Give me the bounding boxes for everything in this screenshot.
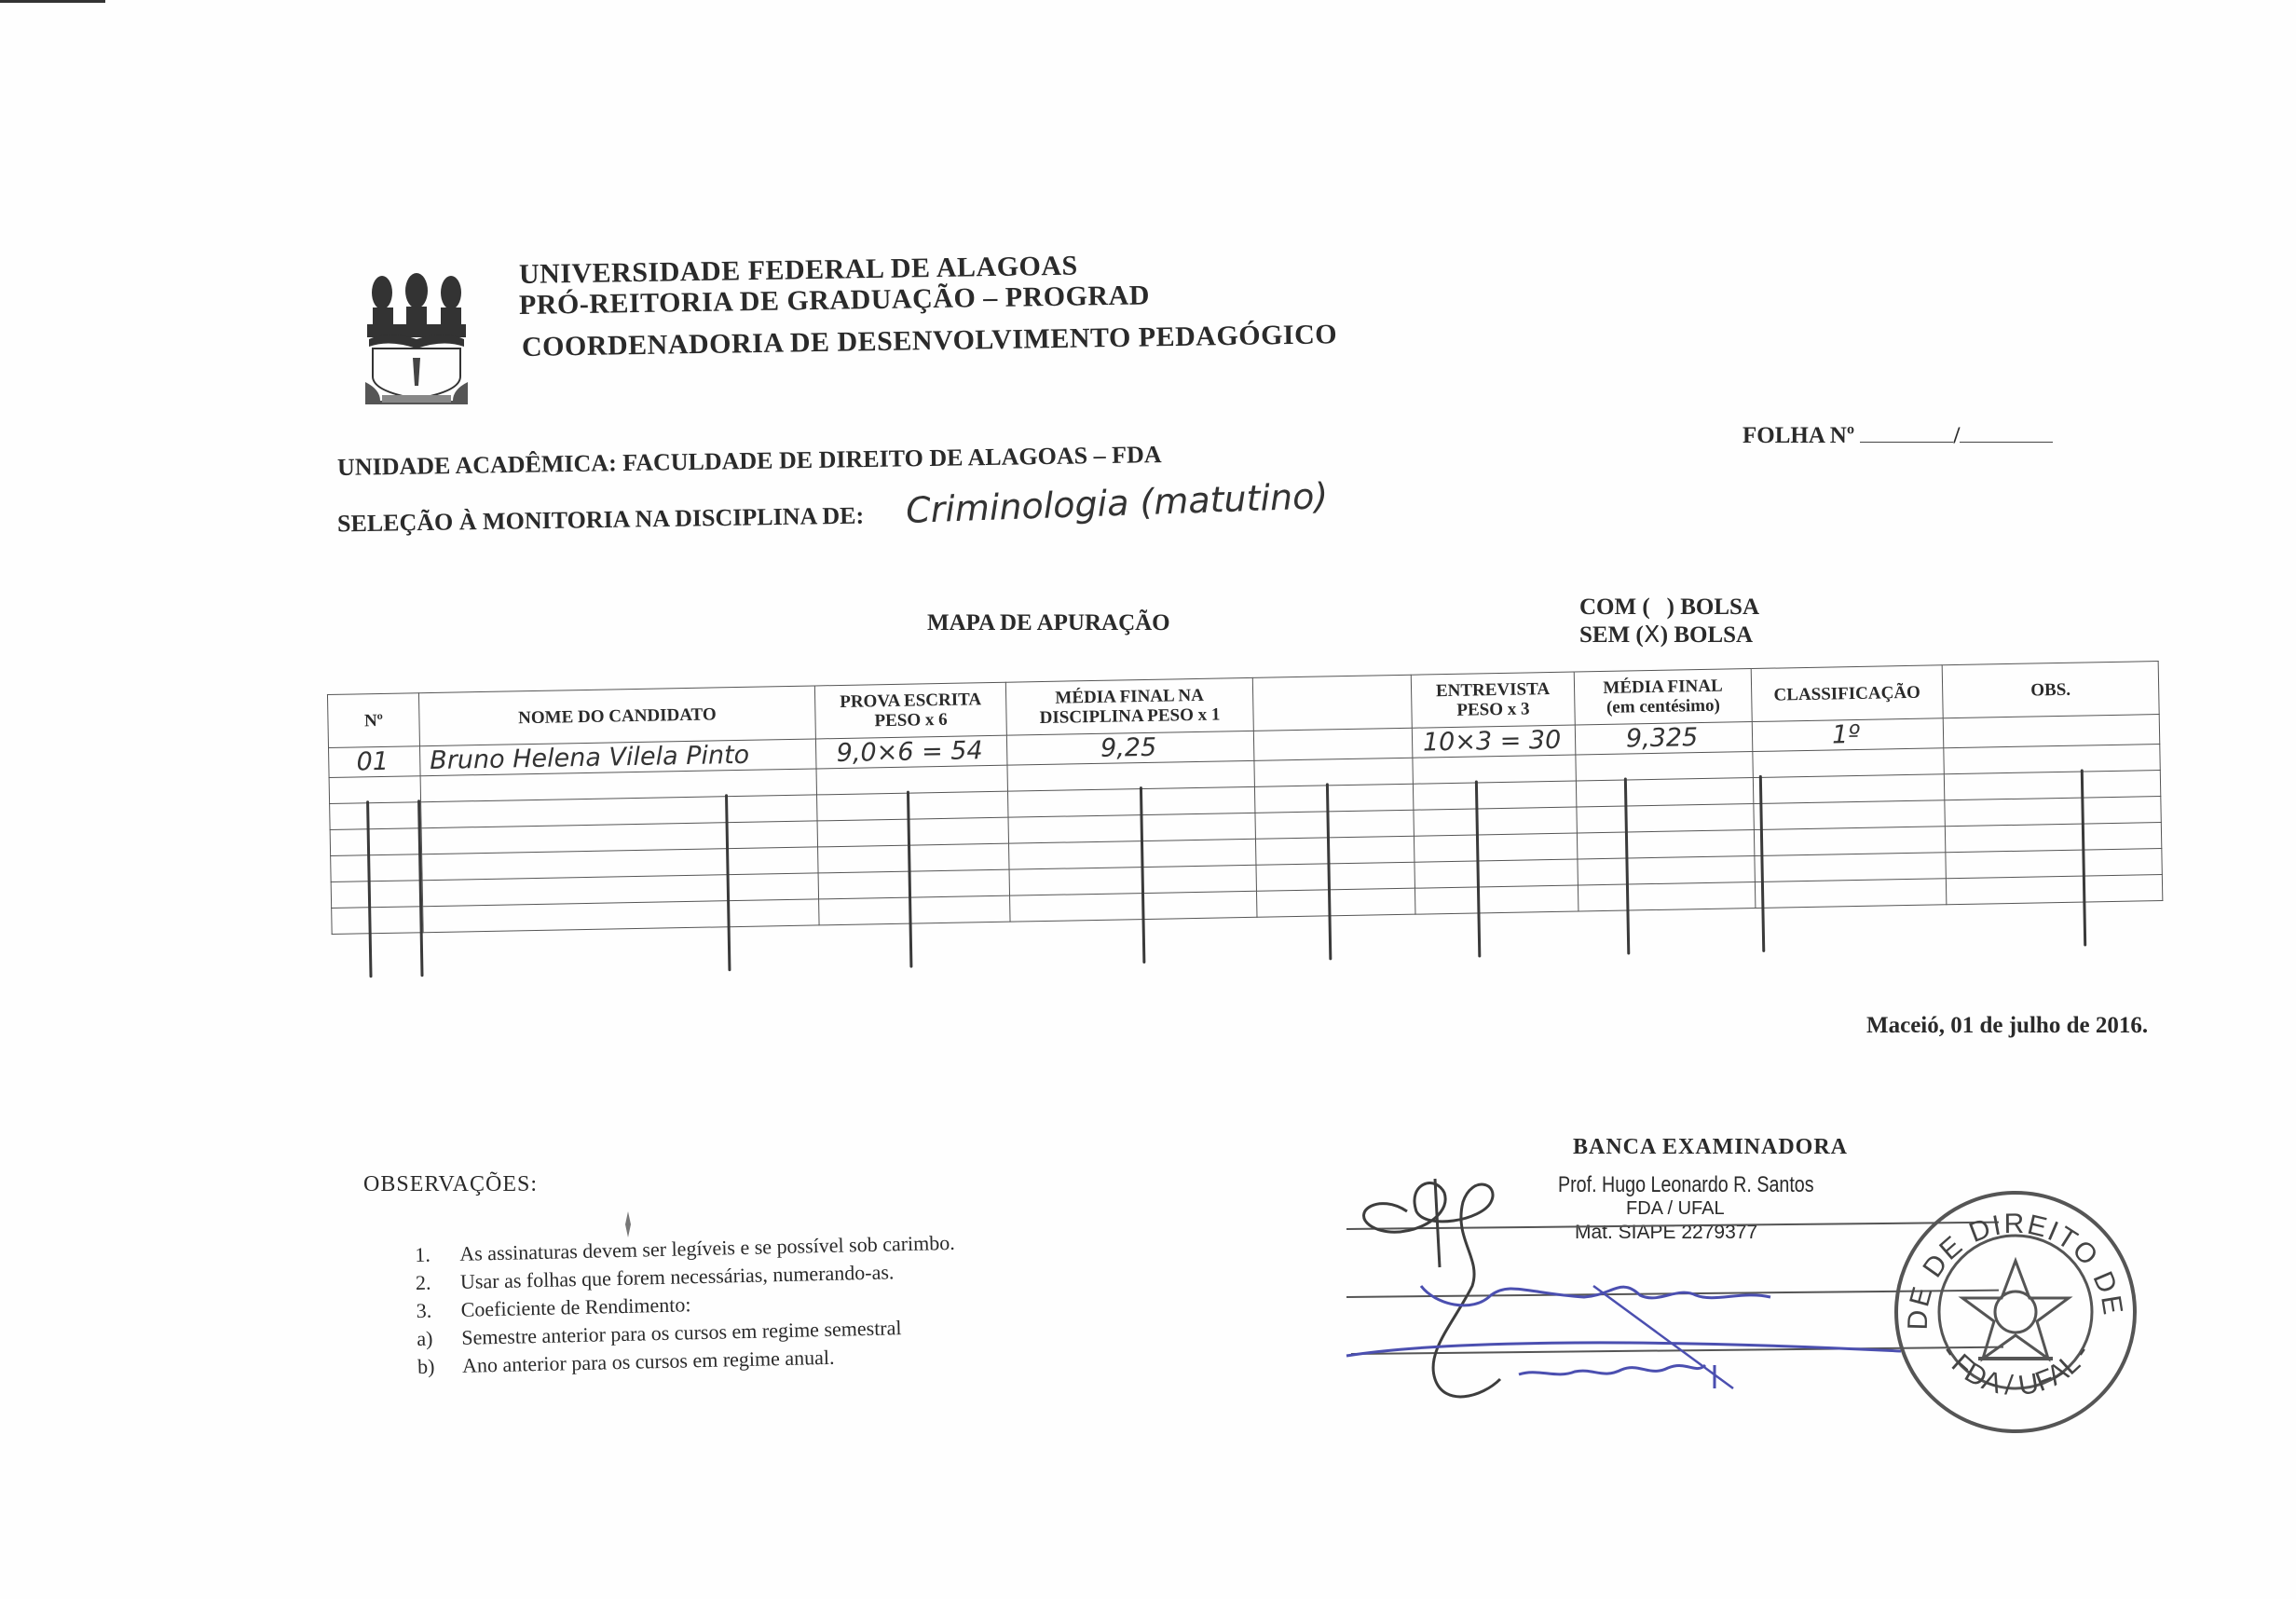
mapa-title: MAPA DE APURAÇÃO [927, 610, 1170, 636]
cell-empty [818, 843, 1009, 873]
column-header-5: ENTREVISTAPESO x 3 [1411, 672, 1575, 728]
cell-empty [331, 854, 422, 882]
cell-empty [1255, 836, 1414, 865]
coordenadoria-name: COORDENADORIA DE DESENVOLVIMENTO PEDAGÓG… [522, 319, 1338, 363]
fda-official-seal: FACULDADE DE DIREITO DE ALAGOAS - FDA / … [1890, 1182, 2141, 1433]
cell-empty [819, 895, 1010, 925]
observacoes-list: 1.As assinaturas devem ser legíveis e se… [415, 1229, 958, 1381]
cell-empty [1414, 859, 1578, 888]
cell-empty [332, 907, 423, 935]
cell-empty [1414, 885, 1578, 914]
mapa-apuracao-table-wrap: NºNOME DO CANDIDATOPROVA ESCRITAPESO x 6… [327, 661, 2164, 1002]
folha-number-blank[interactable] [1860, 425, 1953, 443]
cell-empty [1576, 752, 1753, 781]
cell-numero: 01 [329, 746, 421, 778]
cell-empty [1753, 774, 1944, 804]
selecao-label: SELEÇÃO À MONITORIA NA DISCIPLINA DE: [337, 502, 865, 539]
observacao-marker: b) [417, 1352, 463, 1381]
observacoes-title: OBSERVAÇÕES: [363, 1172, 538, 1197]
cell-empty [1576, 778, 1753, 807]
column-header-0: Nº [327, 693, 419, 748]
cell-empty [1256, 888, 1414, 917]
cell-empty [329, 776, 420, 804]
cell-empty [1578, 882, 1755, 911]
scan-edge-artifact [0, 0, 105, 3]
cell-media-disciplina: 9,25 [1006, 731, 1254, 765]
com-bolsa-option[interactable]: COM ( ) BOLSA [1579, 594, 1759, 621]
ufal-crest-icon [362, 272, 471, 404]
cell-empty [1755, 853, 1946, 882]
cell-prova-escrita: 9,0×6 = 54 [815, 735, 1007, 769]
cell-classificacao: 1º [1752, 718, 1944, 752]
cell-empty [1946, 874, 2162, 904]
cell-entrevista: 10×3 = 30 [1412, 725, 1576, 758]
cell-empty [1754, 800, 1945, 830]
observacao-marker: a) [417, 1324, 462, 1353]
observacao-marker: 1. [415, 1240, 460, 1269]
cell-empty [1255, 810, 1414, 839]
cell-empty [1413, 781, 1576, 810]
cell-empty [1944, 771, 2160, 800]
cell-empty [330, 802, 421, 830]
column-header-7: CLASSIFICAÇÃO [1751, 665, 1943, 722]
cell-obs [1943, 715, 2160, 748]
cell-empty [1945, 823, 2161, 853]
cell-empty [1254, 784, 1413, 813]
cell-empty [817, 791, 1008, 821]
cell-empty [817, 817, 1008, 847]
folha-total-blank[interactable] [1960, 425, 2053, 443]
cell-media-final: 9,325 [1575, 722, 1753, 755]
sem-bolsa-option[interactable]: SEM (X) BOLSA [1579, 621, 1753, 649]
cell-empty [1944, 745, 2160, 774]
cell-empty [816, 765, 1007, 795]
column-header-1: NOME DO CANDIDATO [418, 686, 815, 746]
cell-empty [818, 869, 1009, 899]
cell-empty [1946, 849, 2162, 879]
cell-empty [1414, 833, 1577, 862]
brazil-coat-of-arms-icon [1962, 1261, 2069, 1359]
observacao-marker: 2. [416, 1268, 461, 1297]
cell-empty [1755, 879, 1946, 909]
cell-empty [331, 881, 422, 909]
cell-empty [1945, 797, 2161, 827]
column-header-4 [1252, 675, 1412, 731]
cell-empty [1577, 830, 1754, 859]
svg-text:- FDA / UFAL -: - FDA / UFAL - [1934, 1339, 2097, 1402]
examiner-signatures [1342, 1155, 1938, 1416]
column-header-3: MÉDIA FINAL NADISCIPLINA PESO x 1 [1005, 677, 1253, 735]
scanned-document-page: UNIVERSIDADE FEDERAL DE ALAGOAS PRÓ-REIT… [0, 0, 2296, 1599]
sem-bolsa-mark: X [1644, 621, 1660, 648]
observacao-text: Ano anterior para os cursos em regime an… [462, 1346, 835, 1377]
cell-empty [1754, 827, 1945, 856]
cell-empty [1256, 862, 1414, 891]
cell-empty [1578, 856, 1755, 885]
column-header-2: PROVA ESCRITAPESO x 6 [814, 682, 1006, 739]
cell-empty [1413, 755, 1576, 784]
folha-label: FOLHA Nº [1742, 423, 1854, 448]
cell-empty [1254, 758, 1413, 786]
cell-blank [1253, 728, 1413, 760]
column-header-8: OBS. [1942, 662, 2159, 718]
cell-empty [330, 828, 421, 856]
folha-number-field: FOLHA Nº / [1742, 423, 2053, 449]
mapa-apuracao-table: NºNOME DO CANDIDATOPROVA ESCRITAPESO x 6… [327, 661, 2163, 935]
cell-empty [1010, 891, 1257, 922]
cell-empty [1577, 804, 1754, 833]
observacao-marker: 3. [416, 1296, 461, 1325]
unidade-academica: UNIDADE ACADÊMICA: FACULDADE DE DIREITO … [337, 441, 1162, 482]
column-header-6: MÉDIA FINAL(em centésimo) [1574, 669, 1752, 725]
cell-empty [1753, 748, 1944, 778]
cell-empty [1414, 807, 1577, 836]
observacao-text: Coeficiente de Rendimento: [460, 1292, 690, 1321]
document-date: Maceió, 01 de julho de 2016. [1866, 1013, 2148, 1039]
disciplina-handwritten: Criminologia (matutino) [905, 475, 1328, 531]
